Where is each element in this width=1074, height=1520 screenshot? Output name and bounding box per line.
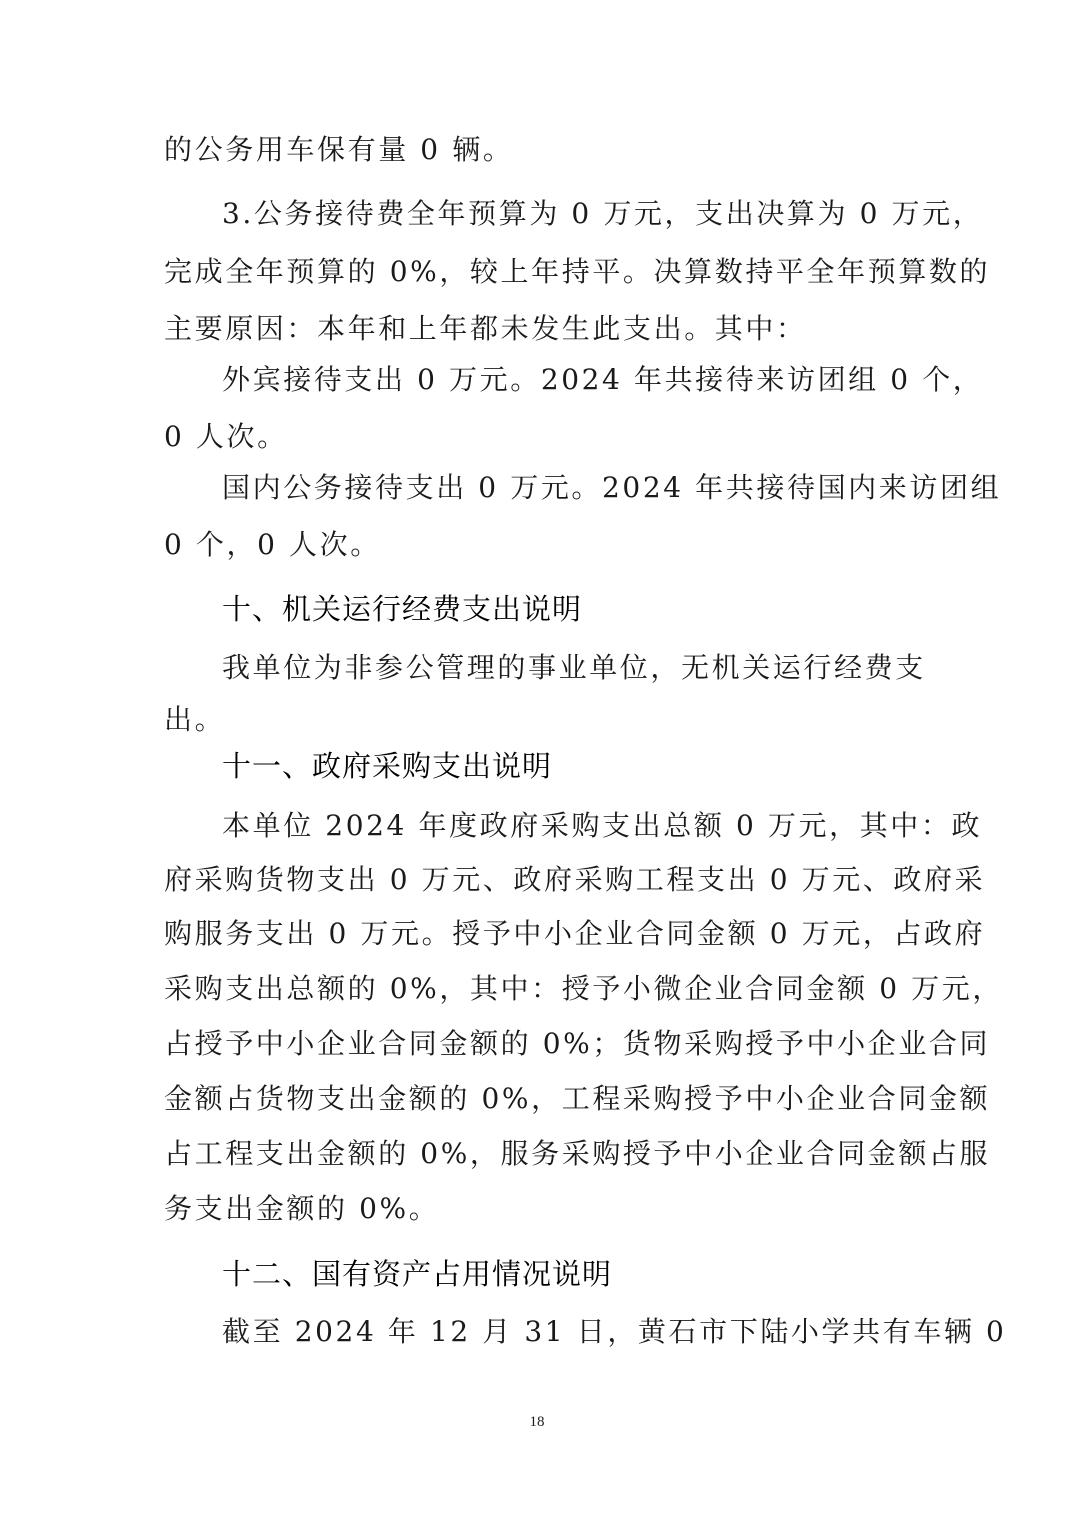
paragraph-line: 国内公务接待支出 0 万元。2024 年共接待国内来访团组 <box>222 470 1001 506</box>
paragraph-line: 务支出金额的 0%。 <box>164 1191 439 1227</box>
paragraph-line: 0 人次。 <box>164 419 288 455</box>
paragraph-line: 完成全年预算的 0%，较上年持平。决算数持平全年预算数的 <box>164 254 990 290</box>
paragraph-line: 府采购货物支出 0 万元、政府采购工程支出 0 万元、政府采 <box>164 862 985 898</box>
paragraph-line: 本单位 2024 年度政府采购支出总额 0 万元，其中：政 <box>222 808 982 844</box>
document-page: 的公务用车保有量 0 辆。 3.公务接待费全年预算为 0 万元，支出决算为 0 … <box>0 0 1074 1520</box>
paragraph-line: 3.公务接待费全年预算为 0 万元，支出决算为 0 万元， <box>222 196 983 232</box>
paragraph-line: 占工程支出金额的 0%，服务采购授予中小企业合同金额占服 <box>164 1136 990 1172</box>
section-heading-11: 十一、政府采购支出说明 <box>222 748 552 784</box>
paragraph-line: 的公务用车保有量 0 辆。 <box>164 132 513 168</box>
paragraph-line: 我单位为非参公管理的事业单位，无机关运行经费支 <box>222 650 926 686</box>
paragraph-line: 金额占货物支出金额的 0%，工程采购授予中小企业合同金额 <box>164 1081 990 1117</box>
paragraph-line: 截至 2024 年 12 月 31 日，黄石市下陆小学共有车辆 0 <box>222 1314 1006 1350</box>
paragraph-line: 0 个，0 人次。 <box>164 527 381 563</box>
paragraph-line: 占授予中小企业合同金额的 0%；货物采购授予中小企业合同 <box>164 1026 990 1062</box>
page-number: 18 <box>0 1412 1074 1432</box>
paragraph-line: 外宾接待支出 0 万元。2024 年共接待来访团组 0 个， <box>222 362 983 398</box>
section-heading-10: 十、机关运行经费支出说明 <box>222 591 582 627</box>
paragraph-line: 主要原因：本年和上年都未发生此支出。其中： <box>164 311 807 347</box>
paragraph-line: 采购支出总额的 0%，其中：授予小微企业合同金额 0 万元， <box>164 971 1003 1007</box>
paragraph-line: 出。 <box>164 702 225 738</box>
paragraph-line: 购服务支出 0 万元。授予中小企业合同金额 0 万元，占政府 <box>164 916 985 952</box>
section-heading-12: 十二、国有资产占用情况说明 <box>222 1256 612 1292</box>
